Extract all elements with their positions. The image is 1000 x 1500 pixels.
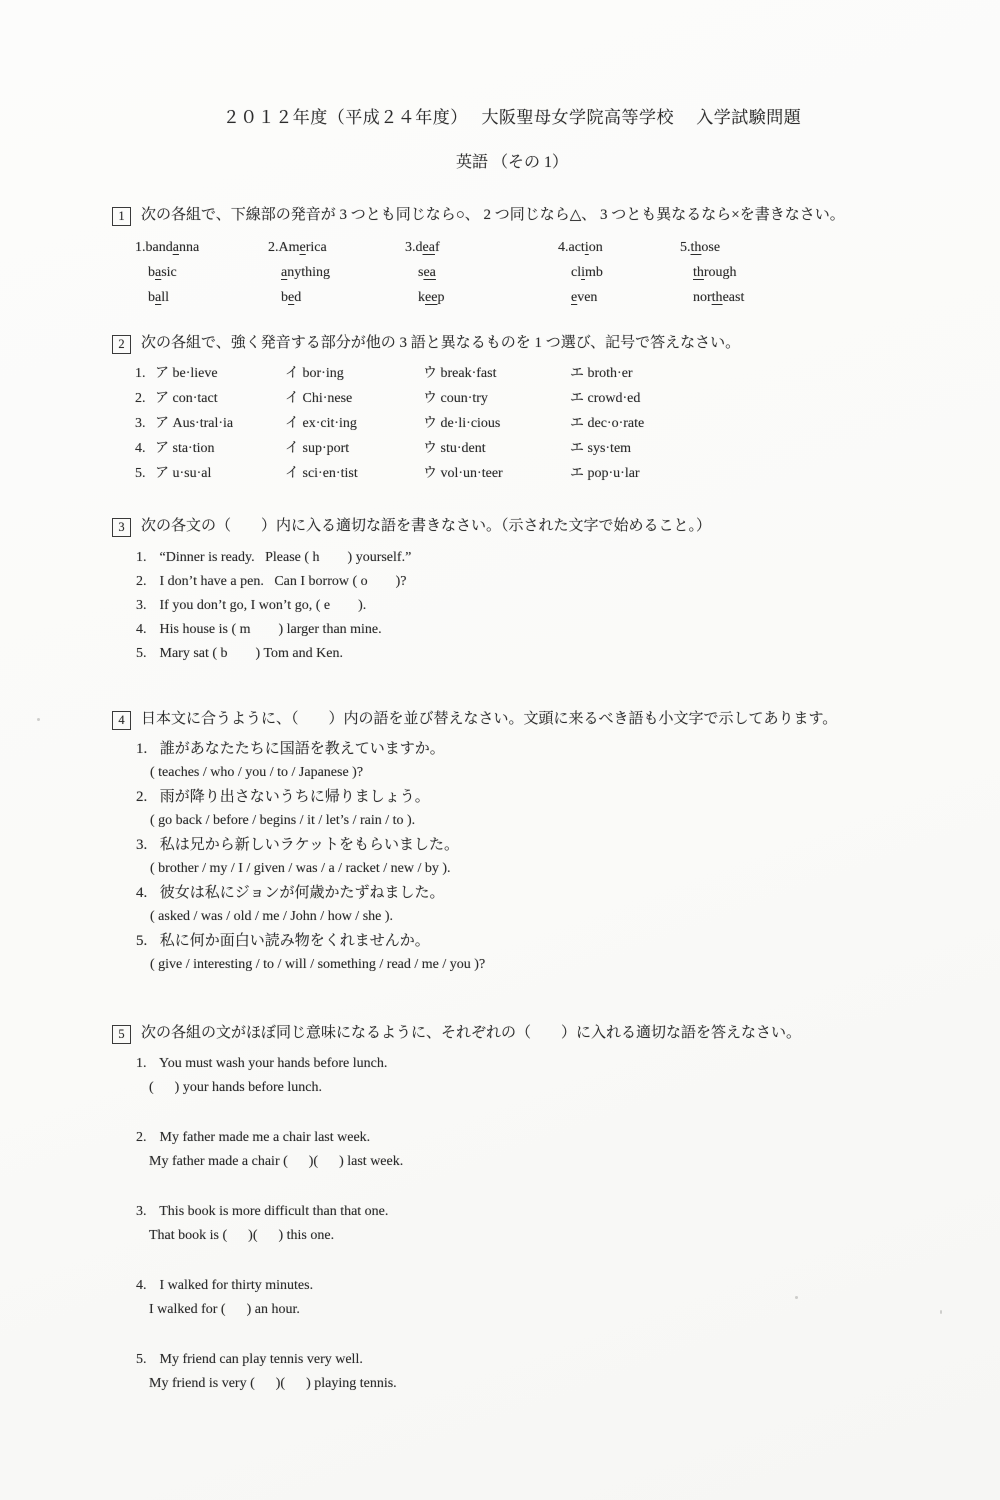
word-item: keep (405, 285, 558, 310)
syllable-word: stu·dent (437, 441, 486, 456)
underlined-letters: i (585, 240, 589, 255)
underlined-letters: th (693, 265, 704, 280)
pair-item: 2. My father made me a chair last week.M… (136, 1126, 912, 1173)
item-number: 5. (135, 461, 155, 486)
fill-blank-list: 1. “Dinner is ready. Please ( h ) yourse… (136, 546, 912, 666)
fill-text: Mary sat ( b ) Tom and Ken. (156, 646, 343, 661)
section-1: 1次の各組で、下線部の発音が 3 つとも同じなら○、 2 つ同じなら△、 3 つ… (112, 205, 912, 310)
fill-item: 4. His house is ( m ) larger than mine. (136, 618, 912, 642)
syllable-word: Aus·tral·ia (169, 416, 233, 431)
item-number: 5. (136, 1348, 156, 1372)
item-number: 4. (136, 1274, 156, 1298)
underlined-letters: th (712, 290, 723, 305)
kana-label: ウ (423, 416, 437, 431)
syllable-word: broth·er (584, 366, 633, 381)
stress-option: イ Chi·nese (285, 386, 423, 411)
underlined-word: bed (281, 290, 301, 305)
syllable-word: bor·ing (299, 366, 344, 381)
underlined-word: action (569, 240, 603, 255)
syllable-word: Chi·nese (299, 391, 352, 406)
syllable-word: break·fast (437, 366, 496, 381)
section-number-box: 4 (112, 711, 131, 730)
stress-row: 5.ア u·su·alイ sci·en·tistウ vol·un·teerエ p… (135, 461, 912, 486)
underlined-letters: e (571, 290, 577, 305)
item-number: 4. (135, 436, 155, 461)
kana-label: イ (285, 441, 299, 456)
stress-row: 2.ア con·tactイ Chi·neseウ coun·tryエ crowd·… (135, 386, 912, 411)
jp-sentence: 2. 雨が降り出さないうちに帰りましょう。 (136, 785, 912, 809)
word-group: 1.bandannabasicball (135, 235, 268, 310)
underlined-word: anything (281, 265, 330, 280)
pair-line-2: My friend is very ( )( ) playing tennis. (136, 1372, 912, 1396)
item-number: 3. (405, 240, 416, 255)
underlined-word: deaf (416, 240, 440, 255)
word-item: northeast (680, 285, 744, 310)
fill-item: 5. Mary sat ( b ) Tom and Ken. (136, 642, 912, 666)
pair-text: This book is more difficult than that on… (156, 1204, 388, 1219)
underlined-letters: i (581, 265, 585, 280)
scan-speck (37, 718, 40, 721)
word-item: 5.those (680, 235, 744, 260)
jp-text: 私に何か面白い読み物をくれませんか。 (156, 933, 430, 949)
stress-option: 2.ア con·tact (135, 386, 285, 411)
en-words: ( teaches / who / you / to / Japanese )? (136, 761, 912, 785)
item-number: 5. (680, 240, 691, 255)
stress-option: エ pop·u·lar (570, 461, 640, 486)
jp-text: 私は兄から新しいラケットをもらいました。 (156, 837, 459, 853)
kana-label: イ (285, 391, 299, 406)
stress-option: エ crowd·ed (570, 386, 640, 411)
pair-text: You must wash your hands before lunch. (156, 1056, 387, 1071)
jp-sentence: 3. 私は兄から新しいラケットをもらいました。 (136, 833, 912, 857)
item-number: 1. (136, 737, 156, 761)
item-number: 3. (135, 411, 155, 436)
underlined-word: northeast (693, 290, 744, 305)
word-group: 5.thosethroughnortheast (680, 235, 744, 310)
exam-subject: 英語 （その 1） (112, 149, 912, 172)
underlined-letters: ea (423, 240, 435, 255)
stress-option: イ bor·ing (285, 361, 423, 386)
section-number-box: 1 (112, 207, 131, 226)
word-group: 3.deafseakeep (405, 235, 558, 310)
pair-item: 3. This book is more difficult than that… (136, 1200, 912, 1247)
item-number: 2. (136, 785, 156, 809)
stress-option: 3.ア Aus·tral·ia (135, 411, 285, 436)
pair-item: 1. You must wash your hands before lunch… (136, 1052, 912, 1099)
syllable-word: sup·port (299, 441, 349, 456)
word-item: 4.action (558, 235, 680, 260)
section-4: 4日本文に合うように、（ ）内の語を並び替えなさい。文頭に来るべき語も小文字で示… (112, 709, 912, 977)
word-item: basic (135, 260, 268, 285)
jp-sentence: 4. 彼女は私にジョンが何歳かたずねました。 (136, 881, 912, 905)
underlined-word: ball (148, 290, 169, 305)
underlined-letters: a (173, 240, 179, 255)
pair-line-1: 2. My father made me a chair last week. (136, 1126, 912, 1150)
item-number: 5. (136, 929, 156, 953)
stress-row: 3.ア Aus·tral·iaイ ex·cit·ingウ de·li·cious… (135, 411, 912, 436)
word-group: 4.actionclimbeven (558, 235, 680, 310)
kana-label: イ (285, 416, 299, 431)
jp-sentence: 1. 誰があなたたちに国語を教えていますか。 (136, 737, 912, 761)
pair-line-1: 4. I walked for thirty minutes. (136, 1274, 912, 1298)
stress-option: ウ vol·un·teer (423, 461, 570, 486)
pair-line-2: That book is ( )( ) this one. (136, 1224, 912, 1248)
syllable-word: dec·o·rate (584, 416, 644, 431)
item-number: 2. (136, 1126, 156, 1150)
item-number: 1. (135, 240, 146, 255)
kana-label: イ (285, 366, 299, 381)
kana-label: ウ (423, 466, 437, 481)
pair-line-2: ( ) your hands before lunch. (136, 1076, 912, 1100)
reorder-list: 1. 誰があなたたちに国語を教えていますか。( teaches / who / … (136, 737, 912, 977)
pair-line-2: My father made a chair ( )( ) last week. (136, 1150, 912, 1174)
underlined-letters: a (281, 265, 287, 280)
section-instruction: 次の各文の（ ）内に入る適切な語を書きなさい。（示された文字で始めること。） (141, 516, 711, 537)
exam-sections: 1次の各組で、下線部の発音が 3 つとも同じなら○、 2 つ同じなら△、 3 つ… (112, 205, 912, 1395)
syllable-word: sys·tem (584, 441, 631, 456)
underlined-letters: e (288, 290, 294, 305)
jp-sentence: 5. 私に何か面白い読み物をくれませんか。 (136, 929, 912, 953)
exam-title: ２０１２年度（平成２４年度） 大阪聖母女学院高等学校 入学試験問題 (112, 103, 912, 128)
exam-page: ２０１２年度（平成２４年度） 大阪聖母女学院高等学校 入学試験問題 英語 （その… (0, 0, 1000, 1500)
en-words: ( asked / was / old / me / John / how / … (136, 905, 912, 929)
underlined-letters: a (155, 290, 161, 305)
item-number: 3. (136, 1200, 156, 1224)
pair-item: 5. My friend can play tennis very well.M… (136, 1348, 912, 1395)
stress-option: ウ de·li·cious (423, 411, 570, 436)
underlined-letters: ee (425, 290, 437, 305)
kana-label: エ (570, 441, 584, 456)
kana-label: ウ (423, 441, 437, 456)
item-number: 4. (558, 240, 569, 255)
word-item: 3.deaf (405, 235, 558, 260)
pair-line-2: I walked for ( ) an hour. (136, 1298, 912, 1322)
kana-label: ア (155, 391, 169, 406)
kana-label: ア (155, 441, 169, 456)
underlined-letters: ea (423, 265, 435, 280)
underlined-word: through (693, 265, 737, 280)
pair-line-1: 5. My friend can play tennis very well. (136, 1348, 912, 1372)
kana-label: ア (155, 416, 169, 431)
section-3: 3次の各文の（ ）内に入る適切な語を書きなさい。（示された文字で始めること。）1… (112, 516, 912, 666)
section-number-box: 3 (112, 518, 131, 537)
stress-option: エ broth·er (570, 361, 633, 386)
word-item: 1.bandanna (135, 235, 268, 260)
section-header: 3次の各文の（ ）内に入る適切な語を書きなさい。（示された文字で始めること。） (112, 516, 912, 537)
fill-item: 2. I don’t have a pen. Can I borrow ( o … (136, 570, 912, 594)
item-number: 4. (136, 881, 156, 905)
section-header: 4日本文に合うように、（ ）内の語を並び替えなさい。文頭に来るべき語も小文字で示… (112, 709, 912, 730)
item-number: 2. (136, 570, 156, 594)
syllable-word: ex·cit·ing (299, 416, 357, 431)
section-instruction: 次の各組で、下線部の発音が 3 つとも同じなら○、 2 つ同じなら△、 3 つと… (141, 205, 845, 226)
section-instruction: 次の各組で、強く発音する部分が他の 3 語と異なるものを 1 つ選び、記号で答え… (141, 333, 740, 354)
underlined-word: sea (418, 265, 436, 280)
section-header: 5次の各組の文がほぼ同じ意味になるように、それぞれの（ ）に入れる適切な語を答え… (112, 1023, 912, 1044)
underlined-word: bandanna (146, 240, 200, 255)
item-number: 2. (135, 386, 155, 411)
stress-option: 4.ア sta·tion (135, 436, 285, 461)
en-words: ( brother / my / I / given / was / a / r… (136, 857, 912, 881)
kana-label: エ (570, 391, 584, 406)
kana-label: ア (155, 366, 169, 381)
en-words: ( give / interesting / to / will / somet… (136, 953, 912, 977)
kana-label: イ (285, 466, 299, 481)
underlined-word: even (571, 290, 597, 305)
kana-label: エ (570, 366, 584, 381)
kana-label: ア (155, 466, 169, 481)
syllable-word: coun·try (437, 391, 488, 406)
underlined-word: America (279, 240, 327, 255)
word-item: even (558, 285, 680, 310)
scan-speck (940, 1310, 942, 1314)
pair-text: I walked for thirty minutes. (156, 1278, 313, 1293)
word-item: sea (405, 260, 558, 285)
stress-row: 4.ア sta·tionイ sup·portウ stu·dentエ sys·te… (135, 436, 912, 461)
underlined-word: basic (148, 265, 177, 280)
fill-text: “Dinner is ready. Please ( h ) yourself.… (156, 550, 411, 565)
section-instruction: 次の各組の文がほぼ同じ意味になるように、それぞれの（ ）に入れる適切な語を答えな… (141, 1023, 801, 1044)
jp-text: 彼女は私にジョンが何歳かたずねました。 (156, 885, 444, 901)
pronunciation-table: 1.bandannabasicball2.Americaanythingbed3… (135, 235, 912, 310)
item-number: 2. (268, 240, 279, 255)
underlined-letters: e (300, 240, 306, 255)
fill-text: I don’t have a pen. Can I borrow ( o )? (156, 574, 407, 589)
section-number-box: 5 (112, 1025, 131, 1044)
stress-option: エ dec·o·rate (570, 411, 644, 436)
syllable-word: de·li·cious (437, 416, 500, 431)
section-header: 1次の各組で、下線部の発音が 3 つとも同じなら○、 2 つ同じなら△、 3 つ… (112, 205, 912, 226)
word-item: climb (558, 260, 680, 285)
syllable-word: vol·un·teer (437, 466, 503, 481)
item-number: 3. (136, 833, 156, 857)
fill-item: 1. “Dinner is ready. Please ( h ) yourse… (136, 546, 912, 570)
stress-option: ウ coun·try (423, 386, 570, 411)
syllable-word: crowd·ed (584, 391, 640, 406)
stress-option: イ ex·cit·ing (285, 411, 423, 436)
stress-option: ウ break·fast (423, 361, 570, 386)
syllable-word: be·lieve (169, 366, 218, 381)
jp-text: 誰があなたたちに国語を教えていますか。 (156, 741, 445, 757)
stress-option: イ sup·port (285, 436, 423, 461)
syllable-word: con·tact (169, 391, 218, 406)
syllable-word: sta·tion (169, 441, 215, 456)
kana-label: エ (570, 416, 584, 431)
jp-text: 雨が降り出さないうちに帰りましょう。 (156, 789, 430, 805)
fill-text: If you don’t go, I won’t go, ( e ). (156, 598, 366, 613)
section-number-box: 2 (112, 335, 131, 354)
underlined-letters: th (691, 240, 702, 255)
pair-line-1: 1. You must wash your hands before lunch… (136, 1052, 912, 1076)
syllable-word: u·su·al (169, 466, 211, 481)
section-header: 2次の各組で、強く発音する部分が他の 3 語と異なるものを 1 つ選び、記号で答… (112, 333, 912, 354)
stress-option: 5.ア u·su·al (135, 461, 285, 486)
item-number: 1. (136, 1052, 156, 1076)
scan-speck (795, 1296, 798, 1299)
word-item: through (680, 260, 744, 285)
rewrite-pairs: 1. You must wash your hands before lunch… (136, 1052, 912, 1395)
word-group: 2.Americaanythingbed (268, 235, 405, 310)
section-instruction: 日本文に合うように、（ ）内の語を並び替えなさい。文頭に来るべき語も小文字で示し… (141, 709, 837, 730)
section-5: 5次の各組の文がほぼ同じ意味になるように、それぞれの（ ）に入れる適切な語を答え… (112, 1023, 912, 1395)
kana-label: ウ (423, 366, 437, 381)
word-item: anything (268, 260, 405, 285)
item-number: 1. (135, 361, 155, 386)
item-number: 5. (136, 642, 156, 666)
kana-label: ウ (423, 391, 437, 406)
underlined-word: keep (418, 290, 444, 305)
stress-option: エ sys·tem (570, 436, 631, 461)
word-item: bed (268, 285, 405, 310)
item-number: 3. (136, 594, 156, 618)
en-words: ( go back / before / begins / it / let’s… (136, 809, 912, 833)
word-item: ball (135, 285, 268, 310)
syllable-word: pop·u·lar (584, 466, 640, 481)
word-item: 2.America (268, 235, 405, 260)
underlined-word: climb (571, 265, 603, 280)
pair-text: My friend can play tennis very well. (156, 1352, 363, 1367)
kana-label: エ (570, 466, 584, 481)
stress-option: ウ stu·dent (423, 436, 570, 461)
item-number: 1. (136, 546, 156, 570)
fill-text: His house is ( m ) larger than mine. (156, 622, 382, 637)
stress-row: 1.ア be·lieveイ bor·ingウ break·fastエ broth… (135, 361, 912, 386)
pair-text: My father made me a chair last week. (156, 1130, 370, 1145)
fill-item: 3. If you don’t go, I won’t go, ( e ). (136, 594, 912, 618)
underlined-letters: a (155, 265, 161, 280)
item-number: 4. (136, 618, 156, 642)
stress-option: 1.ア be·lieve (135, 361, 285, 386)
pair-line-1: 3. This book is more difficult than that… (136, 1200, 912, 1224)
stress-option: イ sci·en·tist (285, 461, 423, 486)
underlined-word: those (691, 240, 721, 255)
section-2: 2次の各組で、強く発音する部分が他の 3 語と異なるものを 1 つ選び、記号で答… (112, 333, 912, 486)
stress-table: 1.ア be·lieveイ bor·ingウ break·fastエ broth… (135, 361, 912, 486)
syllable-word: sci·en·tist (299, 466, 358, 481)
